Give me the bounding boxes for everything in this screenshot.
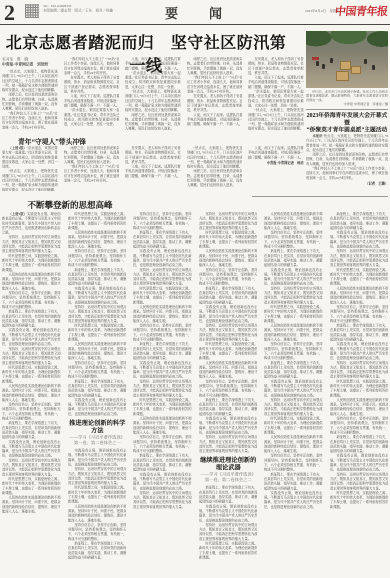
photo-crate <box>351 66 361 74</box>
side-headline-line1: 2023年侨海青年发展大会开幕式暨 <box>306 112 388 127</box>
continued-article-column: “快点走，大家跟上，把物资先送到楼门口。”8月3日上午，门头沟区滨河社区的空地上… <box>187 146 243 191</box>
continued-article-column: 入夜，雨又下了起来。巡逻队打着手电沿河道排查隐患，对低洼院落逐一敲门提醒，确保不… <box>248 146 304 191</box>
essay-body: （上接1版）实践没有止境，理论创新也没有止境。不断谱写马克思主义中国化时代化新篇… <box>2 212 388 578</box>
photo-person <box>364 59 367 64</box>
caption-credit: 中青报·中青网记者 李建泉／摄 <box>306 103 388 107</box>
section-title: 要 闻 <box>150 3 246 22</box>
side-article-body: 本报讯“快点走，大家跟上，把物资先送到楼门口。”8月3日上午，门头沟区滨河社区的… <box>306 134 388 192</box>
lead-article-column: 实习生 陈 晓 中青报·中青网记者 刘世昕 “快点走，大家跟上，把物资先送到楼门… <box>2 57 58 135</box>
photo-person <box>316 61 319 66</box>
newspaper-page: 2 Tel：010-64098333 本版编辑／潘志贤 版式／王东 校对／杨鑫 … <box>0 0 390 578</box>
lead-article-column: 雨停之后，社区里到处是淤泥和杂物。志愿者们自带铁锹、扫帚，从清晨忙到傍晚，手套磨… <box>187 57 243 135</box>
issue-date: 2023年8月4日 星期五 <box>250 9 340 19</box>
photo-crate <box>340 61 351 70</box>
continued-article-body: （上接1版）“洪水退去，家园还要靠大家一起重建。”社区党委书记说，青年突击队已经… <box>2 146 304 191</box>
side-article-headline: 2023年侨海青年发展大会开幕式暨 “侨聚英才青年圆桌派”主题活动举办 <box>306 112 388 132</box>
article-signature: 中青报·中青网记者 杨洁 <box>248 161 304 166</box>
header-rule <box>0 24 390 25</box>
essay-block2-subtitle: ——学习《习近平著作选读》第一卷、第二卷体会之二 <box>199 472 258 483</box>
lead-byline-2: 中青报·中青网记者 刘世昕 <box>2 62 58 67</box>
essay-column: 人民的创造性实践是理论创新的不竭源泉。坚持问计于民、问需于民，把群众创造的新鲜经… <box>264 212 323 578</box>
side-article-rule <box>306 109 388 110</box>
page-number: 2 <box>4 0 15 26</box>
essay-block1-subtitle: ——学习《习近平著作选读》第一卷、第二卷体会之一 <box>68 435 127 446</box>
photo-banner <box>312 57 319 60</box>
lead-article-body-top: 实习生 陈 晓 中青报·中青网记者 刘世昕 “快点走，大家跟上，把物资先送到楼门… <box>2 57 304 135</box>
photo-person <box>330 58 333 63</box>
lead-article-column: 入夜，雨又下了起来。巡逻队打着手电沿河道排查隐患，对低洼院落逐一敲门提醒，确保不… <box>125 57 181 135</box>
lead-article-column: 在安置点，老人和孩子得到了妥善照顾，热水、药品和食物都很充足。社区干部逐户登记需… <box>248 57 304 135</box>
essay-block2-heading: 继续推进理论创新的理论武器 ——学习《习近平著作选读》第一卷、第二卷体会之二 <box>199 457 258 483</box>
masthead-logo: 中国青年报 <box>334 3 388 19</box>
side-headline-line2: “侨聚英才青年圆桌派”主题活动举办 <box>306 127 388 133</box>
photo-crate <box>336 71 349 81</box>
essay-block2-title: 继续推进理论创新的理论武器 <box>199 457 258 472</box>
essay-column: 时代是思想之母，实践是理论之源。新时代十年的伟大变革，为理论创新提供了丰厚土壤，… <box>68 212 127 578</box>
side-article-signature: （记者 王璐） <box>306 181 388 186</box>
photo-person <box>322 64 325 69</box>
continued-article-column: 在安置点，老人和孩子得到了妥善照顾，热水、药品和食物都很充足。社区干部逐户登记需… <box>125 146 181 191</box>
essay-block1-heading: 推进理论创新的科学方法 ——学习《习近平著作选读》第一卷、第二卷体会之一 <box>68 420 127 446</box>
continued-article-column: 雨停之后，社区里到处是淤泥和杂物。志愿者们自带铁锹、扫帚，从清晨忙到傍晚，手套磨… <box>64 146 120 191</box>
lead-article-column: “我们年轻人不上谁上？”“95后”社区工作者小李说，连续几天，他和同事们守在河堤… <box>64 57 120 135</box>
continued-article-column: （上接1版）“洪水退去，家园还要靠大家一起重建。”社区党委书记说，青年突击队已经… <box>2 146 58 191</box>
section-divider <box>252 196 388 197</box>
qr-code-icon <box>25 4 39 18</box>
continued-article-subhead: 青年“守堤人”带头冲锋 <box>2 136 102 146</box>
essay-column: （上接1版）实践没有止境，理论创新也没有止境。不断谱写马克思主义中国化时代化新篇… <box>2 212 61 578</box>
caption-text: 8月3日，北京市门头沟区城子街道，社区工作人员和志愿者在清理淤泥、搬运救援物资，… <box>306 90 388 103</box>
photo-person <box>372 65 375 70</box>
essay-title: 不断攀登新的思想高峰 <box>10 199 130 211</box>
essay-column: 坚持自信自立，坚持守正创新，坚持问题导向，坚持系统观念，坚持胸怀天下，六个必须坚… <box>133 212 192 578</box>
photo-caption: 8月3日，北京市门头沟区城子街道，社区工作人员和志愿者在清理淤泥、搬运救援物资，… <box>306 90 388 110</box>
news-photo <box>306 31 388 88</box>
essay-column: 新征程上，要在学深悟透上下功夫，在真信笃行上见实效，自觉用党的创新理论武装头脑、… <box>330 212 389 578</box>
essay-block1-title: 推进理论创新的科学方法 <box>68 420 127 435</box>
essay-column: 坚持好、运用好贯穿其中的立场观点方法，既知其言又知其义，既知其然又知其所以然，才… <box>199 212 258 578</box>
